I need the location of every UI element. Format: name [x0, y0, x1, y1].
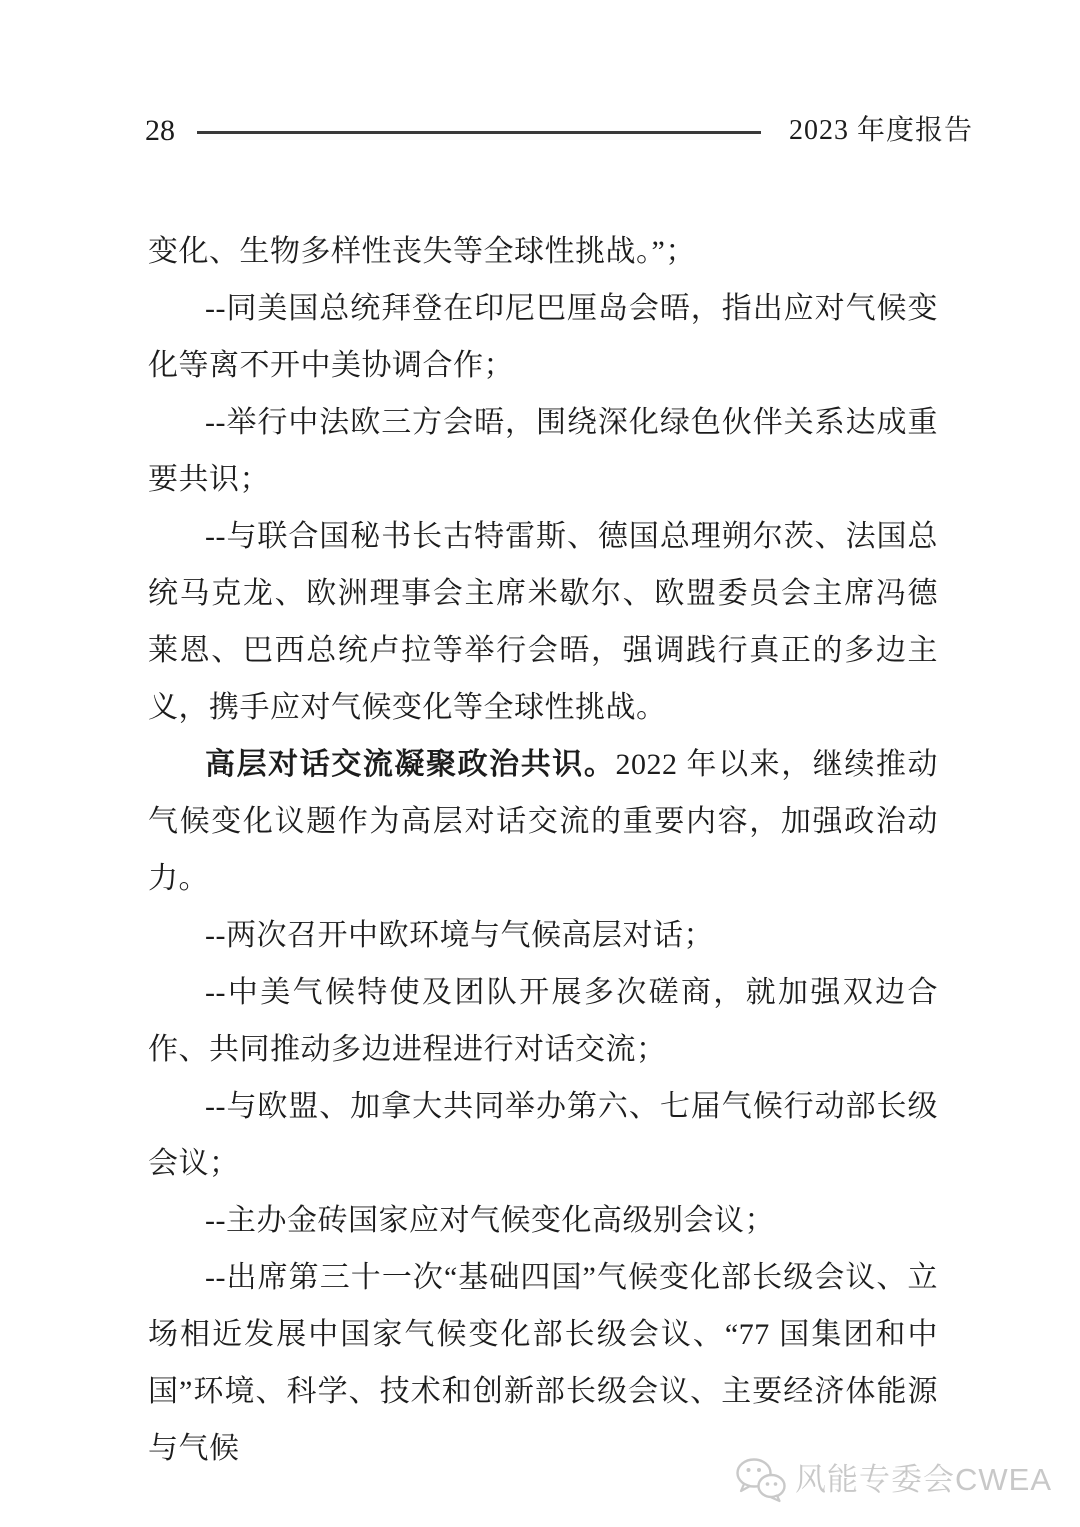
paragraph: --主办金砖国家应对气候变化高级别会议； [148, 1192, 938, 1249]
paragraph: --出席第三十一次“基础四国”气候变化部长级会议、立场相近发展中国家气候变化部长… [148, 1249, 938, 1477]
paragraph: --同美国总统拜登在印尼巴厘岛会晤，指出应对气候变化等离不开中美协调合作； [148, 280, 938, 394]
paragraph-bold-lead: 高层对话交流凝聚政治共识。 [205, 748, 615, 781]
report-title: 2023 年度报告 [789, 112, 973, 150]
header-rule [197, 131, 761, 134]
paragraph: 变化、生物多样性丧失等全球性挑战。”； [148, 223, 938, 280]
paragraph: --中美气候特使及团队开展多次磋商，就加强双边合作、共同推动多边进程进行对话交流… [148, 964, 938, 1078]
watermark: 风能专委会CWEA [735, 1457, 1052, 1503]
paragraph: --与联合国秘书长古特雷斯、德国总理朔尔茨、法国总统马克龙、欧洲理事会主席米歇尔… [148, 508, 938, 736]
body-text: 变化、生物多样性丧失等全球性挑战。”； --同美国总统拜登在印尼巴厘岛会晤，指出… [148, 223, 938, 1477]
paragraph: 高层对话交流凝聚政治共识。2022 年以来，继续推动气候变化议题作为高层对话交流… [148, 736, 938, 907]
watermark-label: 风能专委会CWEA [795, 1457, 1052, 1503]
paragraph: --举行中法欧三方会晤，围绕深化绿色伙伴关系达成重要共识； [148, 394, 938, 508]
wechat-icon [735, 1457, 787, 1503]
document-page: 28 2023 年度报告 变化、生物多样性丧失等全球性挑战。”； --同美国总统… [0, 0, 1080, 1527]
page-header: 28 2023 年度报告 [145, 112, 973, 150]
paragraph: --两次召开中欧环境与气候高层对话； [148, 907, 938, 964]
paragraph: --与欧盟、加拿大共同举办第六、七届气候行动部长级会议； [148, 1078, 938, 1192]
page-number: 28 [145, 112, 175, 150]
